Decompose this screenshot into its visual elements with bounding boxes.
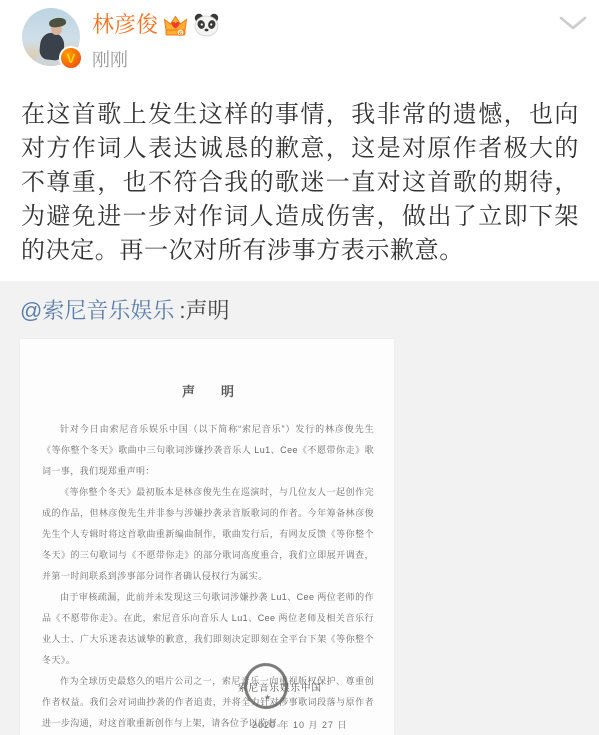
mention-link[interactable]: @索尼音乐娱乐: [20, 298, 174, 323]
quoted-post[interactable]: @索尼音乐娱乐:声明 声 明 针对今日由索尼音乐娱乐中国（以下简称“索尼音乐”）…: [0, 281, 599, 735]
user-meta: 林彦俊 6: [92, 8, 579, 72]
avatar[interactable]: V: [22, 8, 80, 66]
post-header: V 林彦俊 6: [0, 0, 599, 72]
weibo-post-card: V 林彦俊 6: [0, 0, 599, 735]
document-paragraph: 《等你整个冬天》最初版本是林彦俊先生在巡演时，与几位友人一起创作完成的作品，但林…: [42, 482, 374, 587]
crown-level-number: 6: [179, 31, 182, 37]
post-timestamp: 刚刚: [92, 46, 579, 72]
post-text: 在这首歌上发生这样的事情，我非常的遗憾，也向对方作词人表达诚恳的歉意，这是对原作…: [0, 98, 599, 268]
quote-title: :声明: [179, 298, 229, 323]
document-date: 2020 年 10 月 27 日: [252, 718, 348, 731]
document-paragraph: 由于审核疏漏，此前并未发现这三句歌词涉嫌抄袭 Lu1、Cee 两位老师的作品《不…: [42, 587, 374, 671]
panda-emoji-icon: [193, 13, 220, 37]
membership-crown-icon[interactable]: 6: [163, 14, 188, 37]
stamp-star-icon: ★: [263, 692, 271, 702]
avatar-person-hat: [48, 17, 66, 28]
quote-header: @索尼音乐娱乐:声明: [20, 296, 579, 326]
statement-document-image[interactable]: 声 明 针对今日由索尼音乐娱乐中国（以下简称“索尼音乐”）发行的林彦俊先生《等你…: [20, 339, 394, 735]
username[interactable]: 林彦俊: [92, 12, 158, 38]
chevron-down-icon[interactable]: [557, 12, 589, 34]
verified-v-badge-icon: V: [59, 46, 83, 70]
document-paragraph: 针对今日由索尼音乐娱乐中国（以下简称“索尼音乐”）发行的林彦俊先生《等你整个冬天…: [42, 419, 374, 482]
document-title: 声 明: [42, 381, 374, 400]
